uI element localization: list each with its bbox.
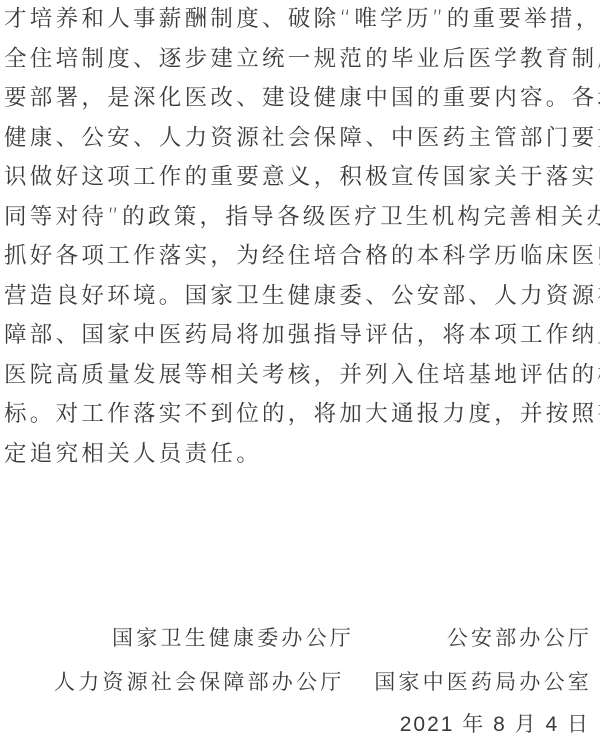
body-line: 健康、公安、人力资源社会保障、中医药主管部门要充分认: [4, 119, 600, 159]
body-line: 才培养和人事薪酬制度、破除“唯学历”的重要举措，是健: [4, 0, 600, 40]
body-line: 全住培制度、逐步建立统一规范的毕业后医学教育制度的重: [4, 40, 600, 80]
body-line: 医院高质量发展等相关考核，并列入住培基地评估的核心指: [4, 356, 600, 396]
signature-mps-office: 公安部办公厅: [447, 622, 592, 652]
document-body: 才培养和人事薪酬制度、破除“唯学历”的重要举措，是健 全住培制度、逐步建立统一规…: [4, 0, 600, 474]
body-line: 识做好这项工作的重要意义，积极宣传国家关于落实“两个: [4, 158, 600, 198]
body-line: 抓好各项工作落实，为经住培合格的本科学历临床医师就业: [4, 237, 600, 277]
signature-mohrss-office: 人力资源社会保障部办公厅: [54, 666, 344, 696]
body-line: 障部、国家中医药局将加强指导评估，将本项工作纳入公立: [4, 316, 600, 356]
signature-row-2: 人力资源社会保障部办公厅 国家中医药局办公室: [54, 666, 592, 696]
signature-natcm-office: 国家中医药局办公室: [374, 666, 592, 696]
body-line: 营造良好环境。国家卫生健康委、公安部、人力资源社会保: [4, 277, 600, 317]
document-date: 2021 年 8 月 4 日: [400, 708, 590, 738]
signature-row-1: 国家卫生健康委办公厅 公安部办公厅: [112, 622, 592, 652]
body-line: 定追究相关人员责任。: [4, 435, 600, 475]
body-line: 同等对待”的政策，指导各级医疗卫生机构完善相关办法，: [4, 198, 600, 238]
signature-nhc-office: 国家卫生健康委办公厅: [112, 622, 354, 652]
body-line: 标。对工作落实不到位的，将加大通报力度，并按照有关规: [4, 395, 600, 435]
body-line: 要部署，是深化医改、建设健康中国的重要内容。各地卫生: [4, 79, 600, 119]
